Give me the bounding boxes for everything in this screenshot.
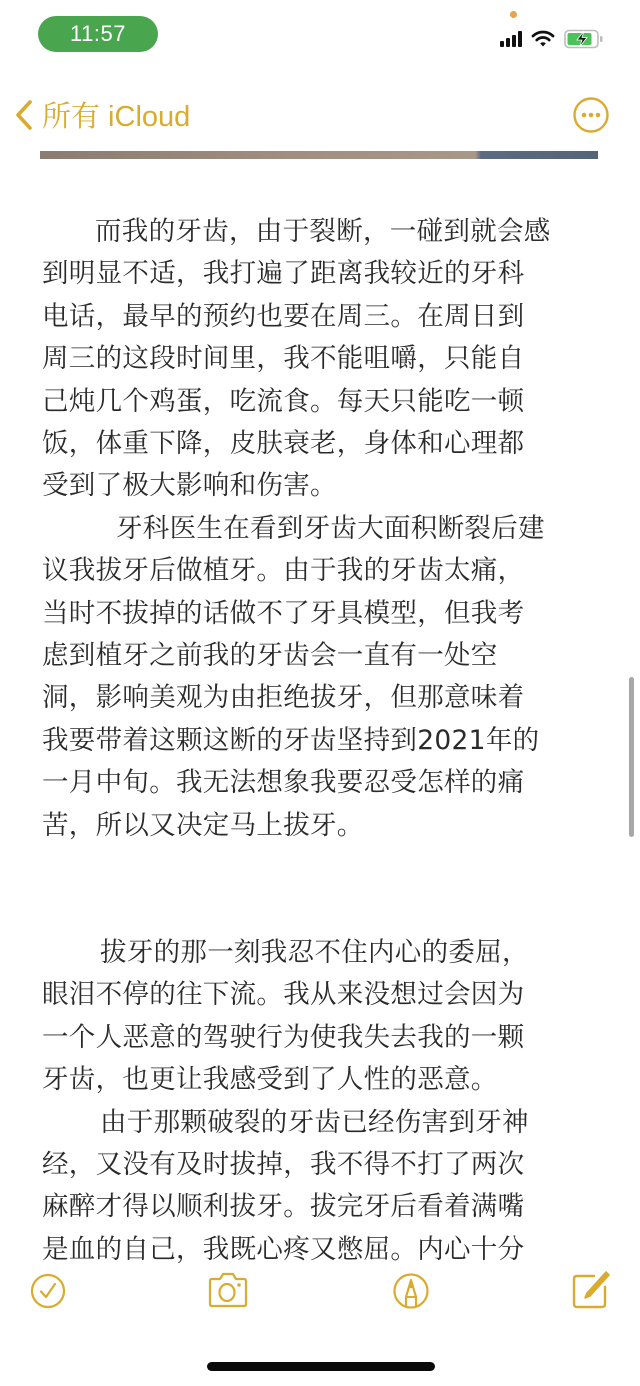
line: 麻醉才得以顺利拔牙。拔完牙后看着满嘴 xyxy=(42,1186,602,1228)
line: 牙齿，也更让我感受到了人性的恶意。 xyxy=(42,1059,602,1101)
line: 经，又没有及时拔掉，我不得不打了两次 xyxy=(42,1144,602,1186)
paragraph-3: 拔牙的那一刻我忍不住内心的委屈， 眼泪不停的往下流。我从来没想过会因为 一个人恶… xyxy=(42,932,602,1102)
blank-lines xyxy=(42,847,602,932)
line: 洞，影响美观为由拒绝拔牙，但那意味着 xyxy=(42,677,602,719)
line: 一月中旬。我无法想象我要忍受怎样的痛 xyxy=(42,762,602,804)
line: 周三的这段时间里，我不能咀嚼，只能自 xyxy=(42,338,602,380)
markup-pen-circle-icon[interactable] xyxy=(389,1268,435,1314)
line: 受到了极大影响和伤害。 xyxy=(42,465,602,507)
bottom-toolbar xyxy=(0,1268,640,1318)
cellular-signal-icon xyxy=(500,31,522,47)
line: 牙科医生在看到牙齿大面积断裂后建 xyxy=(42,508,602,550)
line: 眼泪不停的往下流。我从来没想过会因为 xyxy=(42,974,602,1016)
camera-icon[interactable] xyxy=(206,1268,252,1314)
compose-icon[interactable] xyxy=(568,1268,614,1314)
nav-bar: 所有 iCloud xyxy=(0,88,640,138)
battery-charging-icon xyxy=(564,29,604,49)
line: 我要带着这颗这断的牙齿坚持到2021年的 xyxy=(42,720,602,762)
line: 虑到植牙之前我的牙齿会一直有一处空 xyxy=(42,635,602,677)
wifi-icon xyxy=(531,30,555,48)
checklist-circle-icon[interactable] xyxy=(26,1268,72,1314)
line: 己炖几个鸡蛋，吃流食。每天只能吃一顿 xyxy=(42,381,602,423)
image-attachment[interactable] xyxy=(40,151,598,159)
line: 而我的牙齿，由于裂断，一碰到就会感 xyxy=(42,211,602,253)
line: 饭，体重下降，皮肤衰老，身体和心理都 xyxy=(42,423,602,465)
notes-screen: 11:57 所有 iCloud xyxy=(0,0,640,1386)
line: 由于那颗破裂的牙齿已经伤害到牙神 xyxy=(42,1102,602,1144)
privacy-indicator-dot xyxy=(510,11,517,18)
line: 当时不拔掉的话做不了牙具模型，但我考 xyxy=(42,593,602,635)
paragraph-1: 而我的牙齿，由于裂断，一碰到就会感 到明显不适，我打遍了距离我较近的牙科 电话，… xyxy=(42,211,602,508)
line: 一个人恶意的驾驶行为使我失去我的一颗 xyxy=(42,1017,602,1059)
back-label: 所有 iCloud xyxy=(42,94,190,135)
line: 议我拔牙后做植牙。由于我的牙齿太痛， xyxy=(42,550,602,592)
line: 到明显不适，我打遍了距离我较近的牙科 xyxy=(42,253,602,295)
chevron-left-icon xyxy=(12,97,36,133)
note-body[interactable]: 而我的牙齿，由于裂断，一碰到就会感 到明显不适，我打遍了距离我较近的牙科 电话，… xyxy=(42,211,602,1271)
line: 是血的自己，我既心疼又憋屈。内心十分 xyxy=(42,1229,602,1271)
status-icons xyxy=(500,28,604,50)
paragraph-4: 由于那颗破裂的牙齿已经伤害到牙神 经，又没有及时拔掉，我不得不打了两次 麻醉才得… xyxy=(42,1102,602,1272)
back-button[interactable]: 所有 iCloud xyxy=(12,94,190,135)
scroll-indicator[interactable] xyxy=(629,677,634,837)
home-indicator[interactable] xyxy=(207,1362,435,1371)
paragraph-2: 牙科医生在看到牙齿大面积断裂后建 议我拔牙后做植牙。由于我的牙齿太痛， 当时不拔… xyxy=(42,508,602,847)
status-time[interactable]: 11:57 xyxy=(38,16,158,52)
ellipsis-circle-icon[interactable] xyxy=(572,96,610,134)
line: 苦，所以又决定马上拔牙。 xyxy=(42,805,602,847)
line: 拔牙的那一刻我忍不住内心的委屈， xyxy=(42,932,602,974)
line: 电话，最早的预约也要在周三。在周日到 xyxy=(42,296,602,338)
